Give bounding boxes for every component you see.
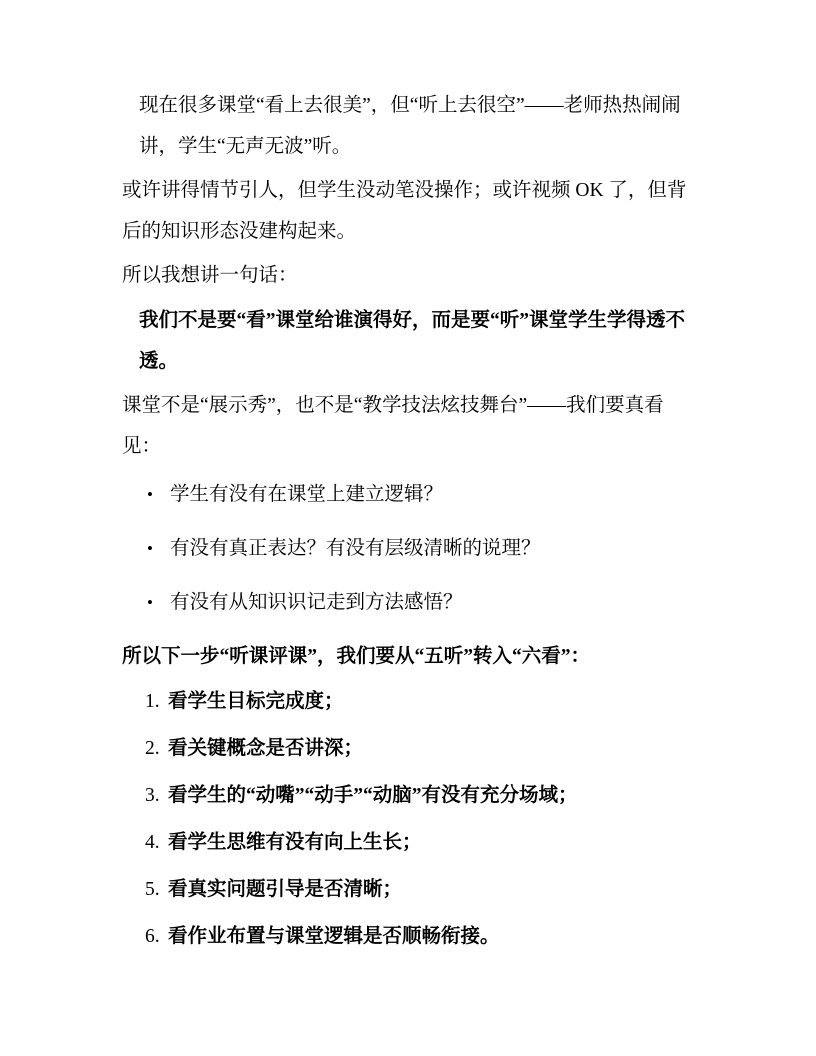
numbered-list-item: 1. 看学生目标完成度； [122, 681, 696, 722]
numbered-list-item: 3. 看学生的“动嘴”“动手”“动脑”有没有充分场域； [122, 775, 696, 816]
paragraph-not-a-show: 课堂不是“展示秀”，也不是“教学技法炫技舞台”——我们要真看见： [122, 385, 696, 467]
bullet-item-text: 有没有真正表达？有没有层级清晰的说理？ [170, 528, 541, 569]
bullet-icon: • [147, 474, 170, 515]
intro-quote-paragraph: 现在很多课堂“看上去很美”，但“听上去很空”——老师热热闹闹讲，学生“无声无波”… [139, 85, 696, 167]
bullet-item-text: 学生有没有在课堂上建立逻辑？ [170, 474, 443, 515]
item-number: 4. [145, 822, 168, 863]
numbered-item-text: 看学生的“动嘴”“动手”“动脑”有没有充分场域； [168, 775, 578, 816]
numbered-item-text: 看关键概念是否讲深； [168, 728, 363, 769]
paragraph-perhaps: 或许讲得情节引人，但学生没动笔没操作；或许视频 OK 了，但背后的知识形态没建构… [122, 170, 696, 252]
item-number: 5. [145, 869, 168, 910]
document-page: 现在很多课堂“看上去很美”，但“听上去很空”——老师热热闹闹讲，学生“无声无波”… [0, 0, 816, 1056]
six-watch-intro-paragraph: 所以下一步“听课评课”，我们要从“五听”转入“六看”： [122, 636, 696, 677]
numbered-item-text: 看真实问题引导是否清晰； [168, 869, 402, 910]
bullet-icon: • [147, 582, 170, 623]
numbered-item-text: 看作业布置与课堂逻辑是否顺畅衔接。 [168, 916, 500, 957]
numbered-list-item: 6. 看作业布置与课堂逻辑是否顺畅衔接。 [122, 916, 696, 957]
bullet-list-item: • 有没有从知识识记走到方法感悟？ [122, 582, 696, 623]
bullet-list-item: • 学生有没有在课堂上建立逻辑？ [122, 474, 696, 515]
key-statement-paragraph: 我们不是要“看”课堂给谁演得好，而是要“听”课堂学生学得透不透。 [139, 300, 696, 382]
numbered-list-item: 5. 看真实问题引导是否清晰； [122, 869, 696, 910]
numbered-item-text: 看学生目标完成度； [168, 681, 344, 722]
item-number: 3. [145, 775, 168, 816]
numbered-list-item: 2. 看关键概念是否讲深； [122, 728, 696, 769]
item-number: 1. [145, 681, 168, 722]
item-number: 2. [145, 728, 168, 769]
observation-bullet-list: • 学生有没有在课堂上建立逻辑？ • 有没有真正表达？有没有层级清晰的说理？ •… [122, 474, 696, 623]
paragraph-lead-in: 所以我想讲一句话： [122, 255, 696, 296]
bullet-item-text: 有没有从知识识记走到方法感悟？ [170, 582, 463, 623]
six-watch-numbered-list: 1. 看学生目标完成度； 2. 看关键概念是否讲深； 3. 看学生的“动嘴”“动… [122, 681, 696, 957]
numbered-list-item: 4. 看学生思维有没有向上生长； [122, 822, 696, 863]
item-number: 6. [145, 916, 168, 957]
numbered-item-text: 看学生思维有没有向上生长； [168, 822, 422, 863]
bullet-icon: • [147, 528, 170, 569]
bullet-list-item: • 有没有真正表达？有没有层级清晰的说理？ [122, 528, 696, 569]
